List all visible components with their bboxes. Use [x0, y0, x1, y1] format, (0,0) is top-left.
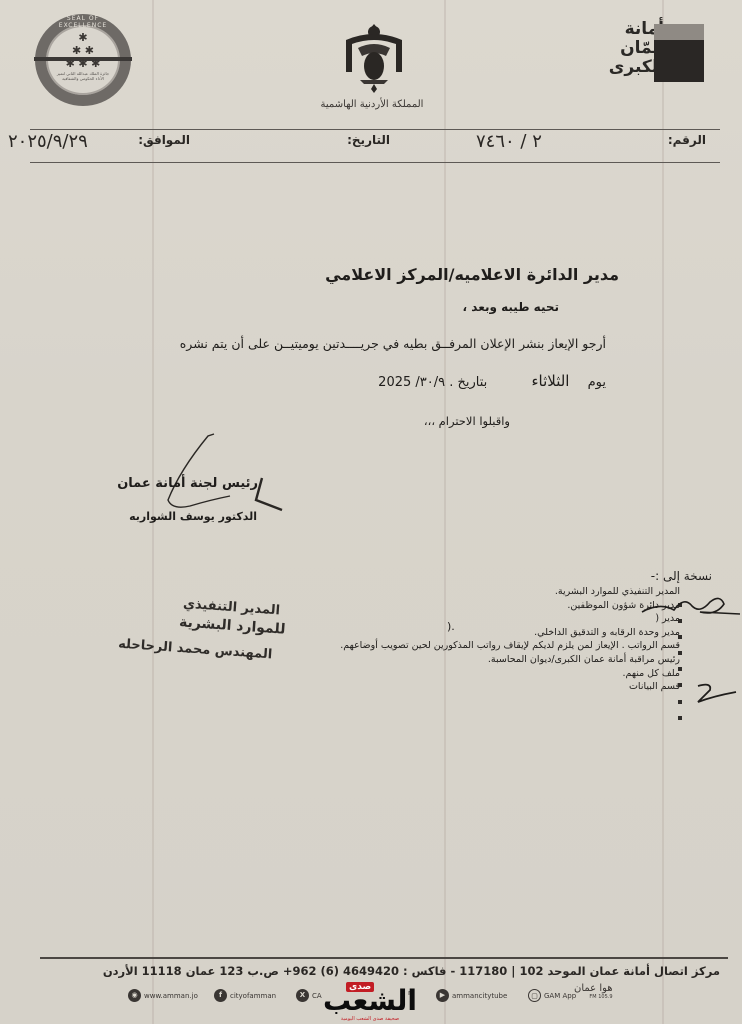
- social-label: ammancitytube: [452, 992, 507, 1000]
- stamp-text: للموارد البشرية: [179, 614, 286, 637]
- star-icon: ✱ ✱ ✱ ✱ ✱ ✱: [46, 31, 120, 70]
- radio-frequency: 105.9 FM: [574, 994, 613, 1000]
- social-label: www.amman.jo: [144, 992, 198, 1000]
- copy-recipient: قسم البيانات: [340, 680, 680, 694]
- bullet-icon: [678, 651, 682, 655]
- kingdom-caption: المملكة الأردنية الهاشمية: [320, 99, 424, 110]
- divider: [30, 162, 720, 163]
- bullet-icon: [678, 667, 682, 671]
- body-paragraph: أرجو الإيعاز بنشر الإعلان المرفــق بطيه …: [180, 336, 606, 351]
- date-prefix: بتاريخ .: [449, 375, 487, 390]
- scan-line: [444, 0, 446, 1024]
- letter-page: SEAL OF EXCELLENCE ✱ ✱ ✱ ✱ ✱ ✱ جائزة الم…: [0, 0, 742, 1024]
- copy-recipient: مدير وحدة الرقابه و التدقيق الداخلي.: [340, 626, 680, 640]
- ref-corresponding-label: الموافق:: [138, 133, 190, 147]
- bullet-icon: [678, 635, 682, 639]
- app-icon: ▢: [528, 989, 541, 1002]
- copy-recipient: مدير دائرة شؤون الموظفين.: [340, 599, 680, 613]
- signature-icon: [150, 430, 300, 510]
- social-link-youtube[interactable]: ▶ ammancitytube: [436, 989, 507, 1002]
- stamp-line: المهندس محمد الرحاحله: [117, 637, 272, 663]
- radio-logo[interactable]: هوا عمان 105.9 FM: [574, 983, 613, 1000]
- checkmark-scribble-icon: [694, 682, 740, 706]
- divider: [30, 129, 720, 130]
- initials-scribble-icon: [640, 592, 740, 622]
- footer-divider: [40, 957, 728, 959]
- ref-number-label: الرقم:: [668, 133, 706, 147]
- copy-recipient: قسم الرواتب . الإيعاز لمن يلزم لديكم لإي…: [340, 639, 680, 653]
- social-label: GAM App: [544, 992, 576, 1000]
- gam-logo-icon: [654, 24, 704, 82]
- ref-corresponding-value: ٢٠٢٥/٩/٢٩: [8, 131, 88, 152]
- scan-line: [662, 0, 664, 1024]
- bullet-icon: [678, 683, 682, 687]
- watermark-tag: صدى: [346, 982, 374, 992]
- publication-date-line: يوم الثلاثاء بتاريخ . ٣٠/٩/ 2025: [378, 372, 606, 390]
- signer-title: رئيس لجنة أمانة عمان: [117, 476, 258, 491]
- closing: واقبلوا الاحترام ،،،: [424, 414, 510, 428]
- copy-recipient: ملف كل منهم.: [340, 667, 680, 681]
- facebook-icon: f: [214, 989, 227, 1002]
- copy-recipient: المدير التنفيذي للموارد البشرية.: [340, 585, 680, 599]
- jordan-coat-of-arms-icon: [338, 22, 410, 94]
- watermark-subtitle: صحيفة صدى الشعب اليومية: [326, 1016, 414, 1022]
- copy-recipient: رئيس مراقبة أمانة عمان الكبرى/ديوان المح…: [340, 653, 680, 667]
- handwritten-day: الثلاثاء: [491, 372, 583, 390]
- publication-date: ٣٠/٩/ 2025: [378, 375, 445, 390]
- addressee: مدير الدائرة الاعلاميه/المركز الاعلامي: [325, 265, 619, 284]
- x-icon: X: [296, 989, 309, 1002]
- social-link-app[interactable]: ▢ GAM App: [528, 989, 576, 1002]
- greeting: تحيه طيبه وبعد ،: [463, 300, 559, 314]
- bullet-list-markers: [678, 603, 682, 732]
- seal-of-excellence-logo: SEAL OF EXCELLENCE ✱ ✱ ✱ ✱ ✱ ✱ جائزة الم…: [35, 14, 131, 106]
- ref-date-label: التاريخ:: [347, 133, 390, 147]
- stamp-line: للموارد البشرية: [179, 614, 286, 637]
- copies-list: المدير التنفيذي للموارد البشرية. مدير دا…: [340, 585, 680, 694]
- social-link-facebook[interactable]: f cityofamman: [214, 989, 276, 1002]
- ref-number-value: ٢ / ٧٤٦٠: [476, 131, 542, 152]
- social-label: cityofamman: [230, 992, 276, 1000]
- bullet-icon: [678, 700, 682, 704]
- youtube-icon: ▶: [436, 989, 449, 1002]
- globe-icon: ◉: [128, 989, 141, 1002]
- footer-contact-info: مركز اتصال أمانة عمان الموحد 102 | 11718…: [103, 964, 720, 978]
- signer-name: الدكتور يوسف الشواربه: [129, 510, 257, 523]
- radio-name: هوا عمان: [574, 983, 613, 994]
- stamp-text: المهندس: [214, 643, 272, 662]
- social-link-website[interactable]: ◉ www.amman.jo: [128, 989, 198, 1002]
- copy-recipient: مدير (: [340, 612, 680, 626]
- seal-caption: جائزة الملك عبدالله الثاني لتميز الأداء …: [54, 71, 112, 81]
- bullet-icon: [678, 716, 682, 720]
- copies-title: نسخة إلى :-: [651, 569, 712, 583]
- seal-arc-text: SEAL OF EXCELLENCE: [46, 15, 120, 29]
- closing-paren: ).: [447, 620, 455, 633]
- day-prefix: يوم: [588, 375, 606, 390]
- stamp-text: محمد الرحاحله: [117, 637, 210, 658]
- social-link-x[interactable]: X CA: [296, 989, 322, 1002]
- newspaper-watermark: الشعب صدى صحيفة صدى الشعب اليومية: [320, 980, 420, 1024]
